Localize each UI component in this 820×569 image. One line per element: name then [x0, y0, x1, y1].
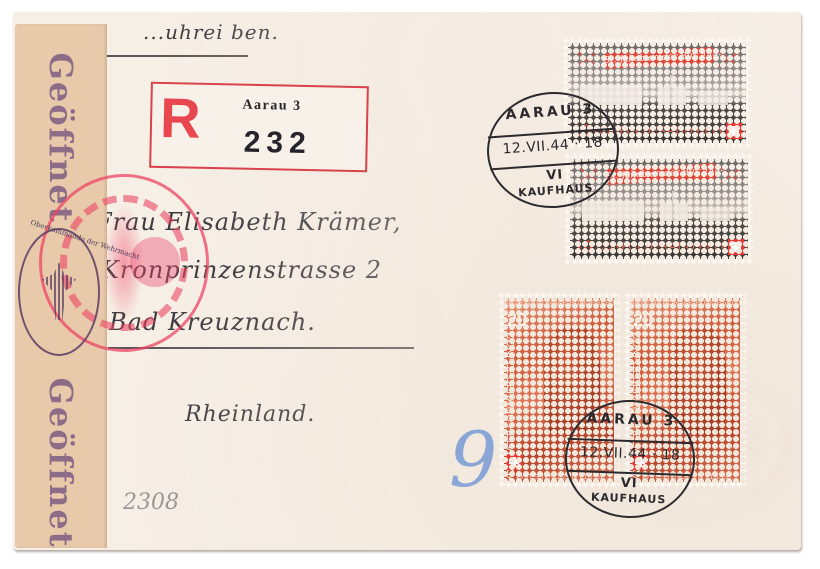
- censor-text-bottom: Geöffnet: [42, 378, 80, 549]
- stamp-top-text: FETE NATIONALE BUNDESFEIER: [504, 298, 614, 307]
- crossed-swords-icon: [718, 165, 744, 185]
- wehrmacht-censor-stamp: Oberkommando der Wehrmacht: [18, 228, 100, 356]
- swiss-cross-icon: [726, 123, 742, 139]
- address-underline: [108, 347, 414, 349]
- crossed-swords-icon: [716, 49, 742, 69]
- registration-label: R Aarau 3 232: [149, 82, 369, 173]
- handwritten-registered-note: ...uhrei ben.: [143, 20, 279, 44]
- blue-crayon-mark: 9: [449, 422, 497, 498]
- envelope: ...uhrei ben. R Aarau 3 232 Frau Elisabe…: [13, 12, 801, 550]
- stamp-banner: St. Jakob an der Birs 1444: [604, 47, 715, 69]
- landscape-image: [582, 197, 732, 221]
- swiss-cross-icon: [728, 239, 744, 255]
- postmark-town: AARAU 3: [486, 100, 615, 125]
- eagle-icon: [42, 262, 76, 320]
- pencil-reference-number: 2308: [123, 490, 179, 515]
- crossed-swords-icon: [574, 49, 600, 69]
- stamp-banner: St. Jakob an der Birs 1444: [606, 163, 717, 185]
- postmark-town: AARAU 3: [568, 410, 694, 430]
- underline-top: [101, 55, 248, 57]
- registration-letter: R: [160, 90, 202, 147]
- stamp-top-text: FETE NATIONALE BUNDESFEIER: [630, 298, 740, 307]
- swiss-cross-icon: [506, 454, 522, 470]
- address-line-4: Rheinland.: [185, 402, 315, 427]
- stamp-value: 10: [574, 238, 593, 255]
- registration-number: 232: [243, 126, 312, 161]
- registration-office: Aarau 3: [242, 98, 301, 115]
- stamp-value: 20: [507, 310, 527, 331]
- postmark-aarau-2: AARAU 3 12.VII.44 · 18 VI KAUFHAUS: [563, 398, 697, 520]
- stamp-value: 20: [633, 310, 653, 331]
- stamp-inscription: CONFOEDERATIO HELVETICA: [596, 241, 748, 253]
